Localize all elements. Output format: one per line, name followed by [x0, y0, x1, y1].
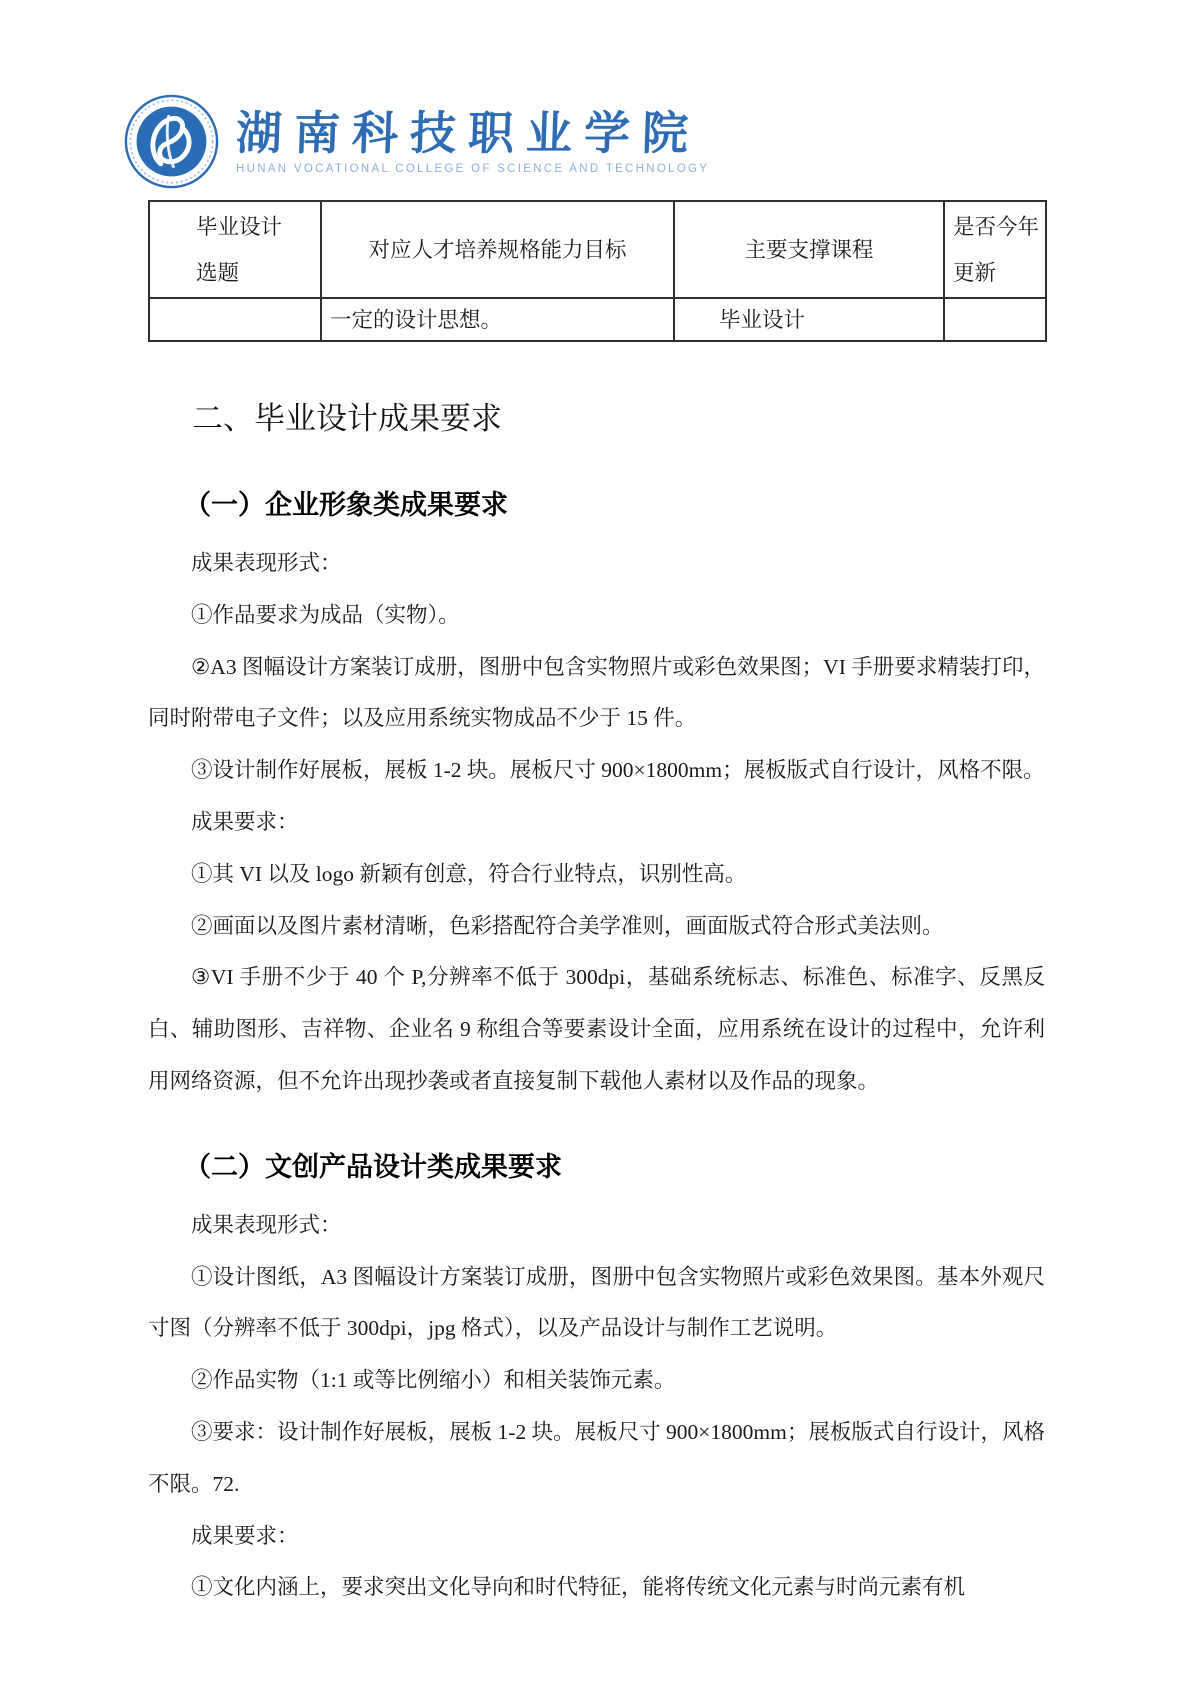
cell-ability: 一定的设计思想。 [321, 298, 674, 341]
header-cell-topic: 毕业设计选题 [149, 201, 321, 298]
paragraph: ①文化内涵上，要求突出文化导向和时代特征，能将传统文化元素与时尚元素有机 [148, 1562, 1045, 1614]
paragraph: 成果表现形式： [148, 1200, 1045, 1252]
table-header-row: 毕业设计选题 对应人才培养规格能力目标 主要支撑课程 是否今年更新 [149, 201, 1046, 298]
paragraph: 成果表现形式： [148, 538, 1045, 590]
school-name-en: HUNAN VOCATIONAL COLLEGE OF SCIENCE AND … [236, 163, 709, 175]
paragraph: ③设计制作好展板，展板 1-2 块。展板尺寸 900×1800mm；展板版式自行… [148, 745, 1045, 797]
header-cell-course: 主要支撑课程 [674, 201, 944, 298]
paragraph: 成果要求： [148, 797, 1045, 849]
paragraph: ②画面以及图片素材清晰，色彩搭配符合美学准则，画面版式符合形式美法则。 [148, 901, 1045, 953]
cell-topic [149, 298, 321, 341]
paragraph: ①设计图纸，A3 图幅设计方案装订成册，图册中包含实物照片或彩色效果图。基本外观… [148, 1252, 1045, 1356]
paragraph: ①其 VI 以及 logo 新颖有创意，符合行业特点，识别性高。 [148, 849, 1045, 901]
graduation-design-table: 毕业设计选题 对应人才培养规格能力目标 主要支撑课程 是否今年更新 一定的设计思… [148, 200, 1047, 342]
paragraph: ①作品要求为成品（实物）。 [148, 590, 1045, 642]
document-page: 湖南科技职业学院 HUNAN VOCATIONAL COLLEGE OF SCI… [0, 0, 1191, 1684]
school-name-zh: 湖南科技职业学院 [235, 108, 710, 160]
school-name-block: 湖南科技职业学院 HUNAN VOCATIONAL COLLEGE OF SCI… [236, 108, 709, 175]
school-emblem-icon [123, 93, 220, 190]
paragraph: ③VI 手册不少于 40 个 P,分辨率不低于 300dpi，基础系统标志、标准… [148, 952, 1045, 1107]
header-cell-ability: 对应人才培养规格能力目标 [321, 201, 674, 298]
table-row: 一定的设计思想。 毕业设计 [149, 298, 1046, 341]
cell-course: 毕业设计 [674, 298, 944, 341]
subsection-1-heading: （一）企业形象类成果要求 [184, 486, 1045, 524]
header-cell-updated: 是否今年更新 [944, 201, 1046, 298]
subsection-2-heading: （二）文创产品设计类成果要求 [184, 1148, 1045, 1186]
paragraph: ②作品实物（1:1 或等比例缩小）和相关装饰元素。 [148, 1355, 1045, 1407]
paragraph: ③要求：设计制作好展板，展板 1-2 块。展板尺寸 900×1800mm；展板版… [148, 1407, 1045, 1511]
paragraph: ②A3 图幅设计方案装订成册，图册中包含实物照片或彩色效果图；VI 手册要求精装… [148, 642, 1045, 746]
paragraph: 成果要求： [148, 1511, 1045, 1563]
section-heading: 二、毕业设计成果要求 [192, 398, 1045, 440]
cell-updated [944, 298, 1046, 341]
school-logo: 湖南科技职业学院 HUNAN VOCATIONAL COLLEGE OF SCI… [0, 0, 1191, 192]
